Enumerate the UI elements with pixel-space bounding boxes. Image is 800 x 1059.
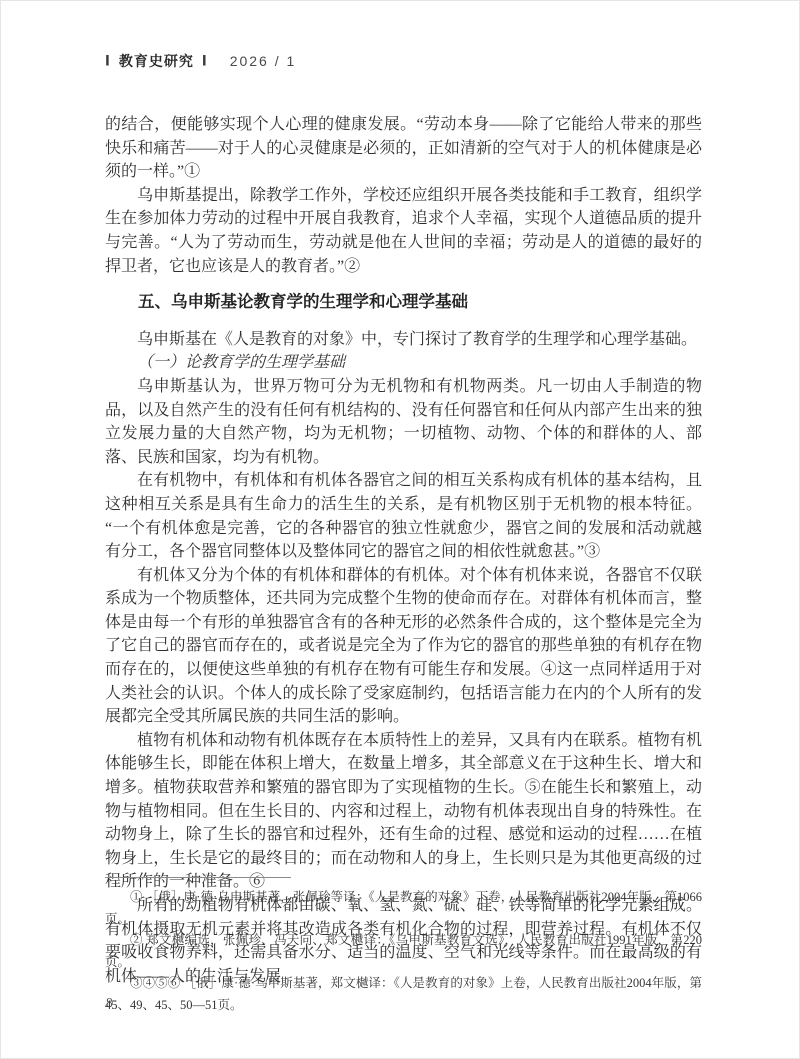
paragraph: 乌申斯基在《人是教育的对象》中，专门探讨了教育学的生理学和心理学基础。 [105, 328, 702, 352]
footnote-separator [105, 877, 291, 878]
running-header: Ⅰ 教育史研究 Ⅰ 2026 / 1 [105, 51, 296, 71]
journal-page: Ⅰ 教育史研究 Ⅰ 2026 / 1 的结合，便能够实现个人心理的健康发展。“劳… [0, 0, 800, 1059]
subsection-heading: （一）论教育学的生理学基础 [105, 351, 702, 375]
footnote: ① ［俄］康·德·乌申斯基著，张佩珍等译：《人是教育的对象》下卷，人民教育出版社… [105, 887, 702, 930]
header-left-bar: Ⅰ [105, 52, 111, 70]
section-heading: 五、乌申斯基论教育学的生理学和心理学基础 [105, 291, 702, 315]
article-body: 的结合，便能够实现个人心理的健康发展。“劳动本身——除了它能给人带来的那些快乐和… [105, 113, 702, 988]
issue-number: 2026 / 1 [230, 53, 297, 69]
page-number: 8 [106, 995, 113, 1011]
footnotes-section: ① ［俄］康·德·乌申斯基著，张佩珍等译：《人是教育的对象》下卷，人民教育出版社… [105, 877, 702, 1016]
header-right-bar: Ⅰ [202, 52, 208, 70]
footnote: ② 郑文樾编选，张佩珍、冯天向、郑文樾译：《乌申斯基教育文选》，人民教育出版社1… [105, 930, 702, 973]
paragraph: 乌申斯基提出，除教学工作外，学校还应组织开展各类技能和手工教育，组织学生在参加体… [105, 184, 702, 278]
paragraph: 乌申斯基认为，世界万物可分为无机物和有机物两类。凡一切由人手制造的物品，以及自然… [105, 375, 702, 469]
journal-title: 教育史研究 [119, 51, 194, 71]
paragraph: 有机体又分为个体的有机体和群体的有机体。对个体有机体来说，各器官不仅联系成为一个… [105, 564, 702, 729]
paragraph: 的结合，便能够实现个人心理的健康发展。“劳动本身——除了它能给人带来的那些快乐和… [105, 113, 702, 184]
paragraph: 植物有机体和动物有机体既存在本质特性上的差异，又具有内在联系。植物有机体能够生长… [105, 729, 702, 894]
footnote: ③④⑤⑥ ［俄］康·德·乌申斯基著，郑文樾译：《人是教育的对象》上卷，人民教育出… [105, 973, 702, 1016]
paragraph: 在有机物中，有机体和有机体各器官之间的相互关系构成有机体的基本结构，且这种相互关… [105, 469, 702, 563]
